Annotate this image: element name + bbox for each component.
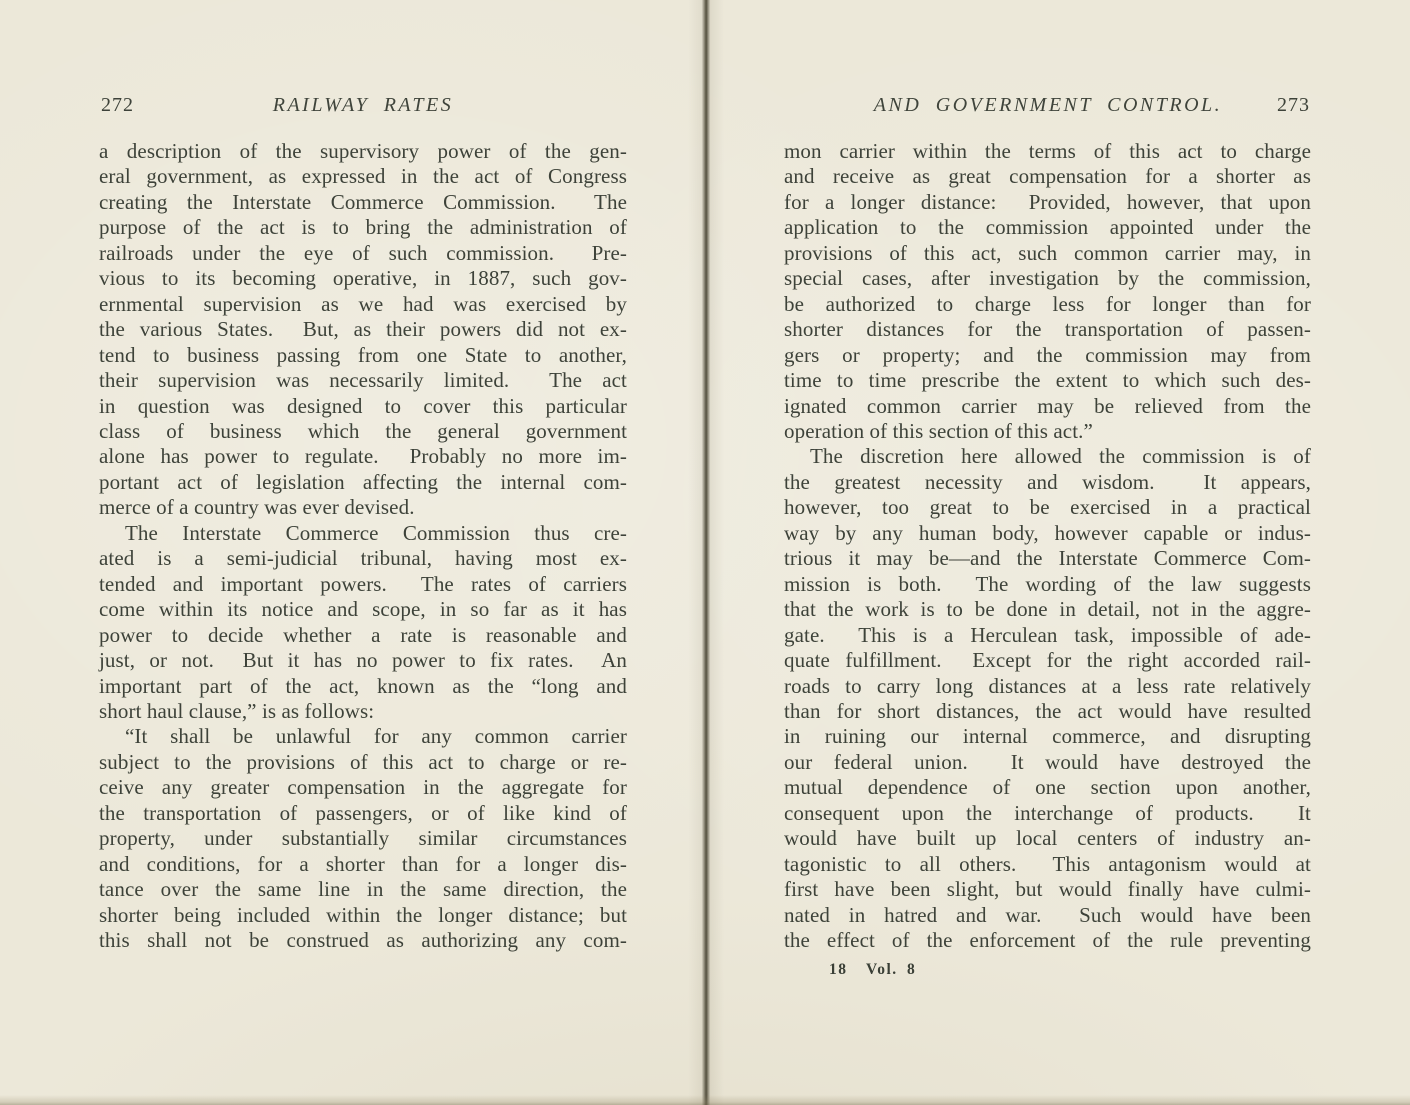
text-line: operation of this section of this act.” [784,419,1311,444]
running-header-title-left: RAILWAY RATES [273,94,454,116]
text-line: The discretion here allowed the commissi… [784,444,1311,469]
text-line: The Interstate Commerce Commission thus … [99,521,627,546]
text-line: in question was designed to cover this p… [99,394,627,419]
running-head-right: AND GOVERNMENT CONTROL. 273 [784,94,1312,120]
text-line: provisions of this act, such common carr… [784,241,1311,266]
paragraph: The discretion here allowed the commissi… [784,444,1311,953]
text-line: gers or property; and the commission may… [784,343,1311,368]
text-line: important part of the act, known as the … [99,674,627,699]
text-line: gate. This is a Herculean task, impossib… [784,623,1311,648]
running-head-left: 272 RAILWAY RATES [99,94,627,120]
text-line: subject to the provisions of this act to… [99,750,627,775]
text-line: alone has power to regulate. Probably no… [99,444,627,469]
text-line: for a longer distance: Provided, however… [784,190,1311,215]
text-line: application to the commission appointed … [784,215,1311,240]
text-line: tagonistic to all others. This antagonis… [784,852,1311,877]
text-line: their supervision was necessarily limite… [99,368,627,393]
text-line: and receive as great compensation for a … [784,164,1311,189]
page-number-right: 273 [1277,94,1310,117]
text-line: class of business which the general gove… [99,419,627,444]
text-line: portant act of legislation affecting the… [99,470,627,495]
text-line: be authorized to charge less for longer … [784,292,1311,317]
text-line: that the work is to be done in detail, n… [784,597,1311,622]
text-line: however, too great to be exercised in a … [784,495,1311,520]
text-line: shorter distances for the transportation… [784,317,1311,342]
text-line: would have built up local centers of ind… [784,826,1311,851]
text-line: shorter being included within the longer… [99,903,627,928]
text-line: creating the Interstate Commerce Commiss… [99,190,627,215]
running-header-title-right: AND GOVERNMENT CONTROL. [874,94,1222,116]
text-line: in ruining our internal commerce, and di… [784,724,1311,749]
text-line: railroads under the eye of such commissi… [99,241,627,266]
text-line: special cases, after investigation by th… [784,266,1311,291]
text-line: the transportation of passengers, or of … [99,801,627,826]
body-text-left: a description of the supervisory power o… [99,139,627,954]
text-line: the greatest necessity and wisdom. It ap… [784,470,1311,495]
page-bottom-edge-shadow [0,1095,1410,1105]
text-line: quate fulfillment. Except for the right … [784,648,1311,673]
text-line: nated in hatred and war. Such would have… [784,903,1311,928]
text-line: power to decide whether a rate is reason… [99,623,627,648]
text-line: ignated common carrier may be relieved f… [784,394,1311,419]
text-line: than for short distances, the act would … [784,699,1311,724]
text-line: just, or not. But it has no power to fix… [99,648,627,673]
text-line: ated is a semi-judicial tribunal, having… [99,546,627,571]
text-line: tance over the same line in the same dir… [99,877,627,902]
text-line: merce of a country was ever devised. [99,495,627,520]
text-line: eral government, as expressed in the act… [99,164,627,189]
text-line: trious it may be—and the Interstate Comm… [784,546,1311,571]
text-line: consequent upon the interchange of produ… [784,801,1311,826]
text-line: tend to business passing from one State … [99,343,627,368]
text-line: mission is both. The wording of the law … [784,572,1311,597]
text-line: ceive any greater compensation in the ag… [99,775,627,800]
book-gutter [688,0,724,1105]
text-line: ernmental supervision as we had was exer… [99,292,627,317]
text-line: vious to its becoming operative, in 1887… [99,266,627,291]
text-line: roads to carry long distances at a less … [784,674,1311,699]
text-line: mutual dependence of one section upon an… [784,775,1311,800]
text-line: property, under substantially similar ci… [99,826,627,851]
text-line: short haul clause,” is as follows: [99,699,627,724]
text-line: and conditions, for a shorter than for a… [99,852,627,877]
text-line: purpose of the act is to bring the admin… [99,215,627,240]
body-text-right: mon carrier within the terms of this act… [784,139,1311,954]
text-line: first have been slight, but would finall… [784,877,1311,902]
paragraph: mon carrier within the terms of this act… [784,139,1311,444]
text-line: time to time prescribe the extent to whi… [784,368,1311,393]
paragraph: “It shall be unlawful for any common car… [99,724,627,953]
text-line: tended and important powers. The rates o… [99,572,627,597]
paragraph: a description of the supervisory power o… [99,139,627,521]
text-line: the various States. But, as their powers… [99,317,627,342]
signature-mark: 18 Vol. 8 [829,961,916,979]
page-number-left: 272 [101,94,134,117]
paragraph: The Interstate Commerce Commission thus … [99,521,627,725]
text-line: our federal union. It would have destroy… [784,750,1311,775]
text-line: “It shall be unlawful for any common car… [99,724,627,749]
book-spread: 272 RAILWAY RATES a description of the s… [0,0,1410,1105]
text-line: mon carrier within the terms of this act… [784,139,1311,164]
text-line: a description of the supervisory power o… [99,139,627,164]
text-line: this shall not be construed as authorizi… [99,928,627,953]
text-line: the effect of the enforcement of the rul… [784,928,1311,953]
text-line: way by any human body, however capable o… [784,521,1311,546]
text-line: come within its notice and scope, in so … [99,597,627,622]
